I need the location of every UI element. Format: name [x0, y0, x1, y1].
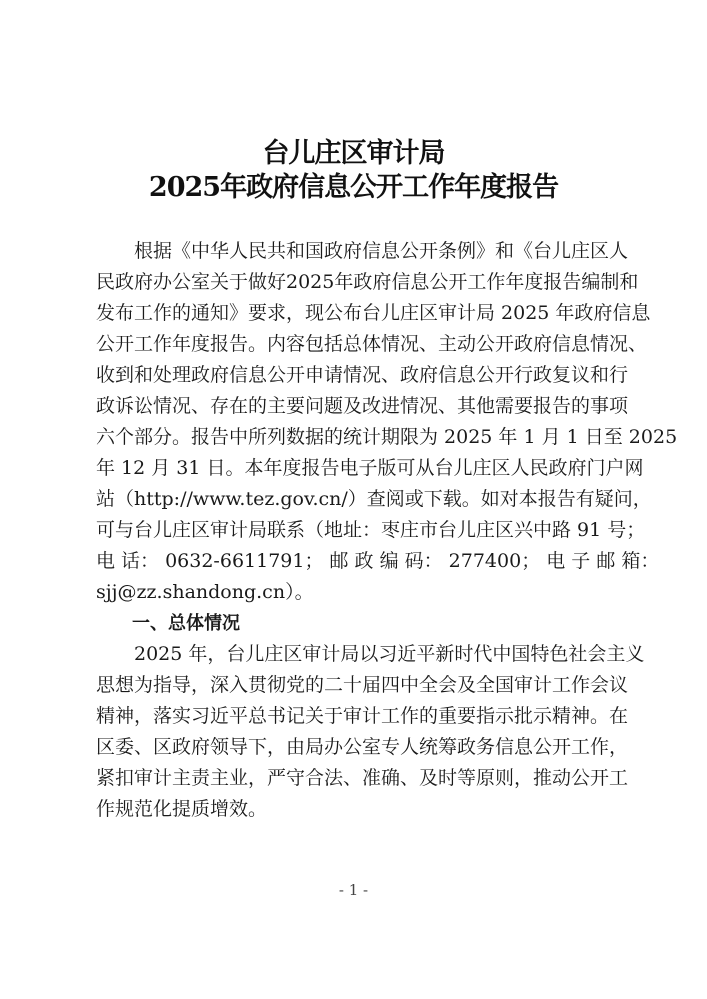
- intro-line: 收到和处理政府信息公开申请情况、政府信息公开行政复议和行: [96, 360, 612, 391]
- intro-line: 六个部分。报告中所列数据的统计期限为 2025 年 1 月 1 日至 2025: [96, 422, 612, 453]
- intro-line: 公开工作年度报告。内容包括总体情况、主动公开政府信息情况、: [96, 329, 612, 360]
- intro-line: 站（http://www.tez.gov.cn/）查阅或下载。如对本报告有疑问，: [96, 484, 612, 515]
- intro-line: 电 话： 0632-6611791； 邮 政 编 码： 277400； 电 子 …: [96, 546, 612, 577]
- section-line: 2025 年，台儿庄区审计局以习近平新时代中国特色社会主义: [96, 639, 612, 670]
- page-number: - 1 -: [0, 881, 707, 899]
- intro-line: 政诉讼情况、存在的主要问题及改进情况、其他需要报告的事项: [96, 391, 612, 422]
- document-title-line1: 台儿庄区审计局: [0, 137, 707, 171]
- section-line: 区委、区政府领导下，由局办公室专人统筹政务信息公开工作，: [96, 732, 612, 763]
- section-heading: 一、总体情况: [96, 608, 612, 639]
- section-line: 思想为指导，深入贯彻党的二十届四中全会及全国审计工作会议: [96, 670, 612, 701]
- section-line: 紧扣审计主责主业，严守合法、准确、及时等原则，推动公开工: [96, 763, 612, 794]
- document-page: 台儿庄区审计局 2025年政府信息公开工作年度报告 根据《中华人民共和国政府信息…: [0, 0, 707, 999]
- intro-line: 根据《中华人民共和国政府信息公开条例》和《台儿庄区人: [96, 236, 612, 267]
- intro-line: 发布工作的通知》要求，现公布台儿庄区审计局 2025 年政府信息: [96, 298, 612, 329]
- intro-line: 民政府办公室关于做好2025年政府信息公开工作年度报告编制和: [96, 267, 612, 298]
- document-title-line2: 2025年政府信息公开工作年度报告: [0, 171, 707, 205]
- intro-line: 可与台儿庄区审计局联系（地址：枣庄市台儿庄区兴中路 91 号；: [96, 515, 612, 546]
- intro-line: sjj@zz.shandong.cn）。: [96, 577, 612, 608]
- section-line: 作规范化提质增效。: [96, 794, 612, 825]
- intro-line: 年 12 月 31 日。本年度报告电子版可从台儿庄区人民政府门户网: [96, 453, 612, 484]
- section-line: 精神，落实习近平总书记关于审计工作的重要指示批示精神。在: [96, 701, 612, 732]
